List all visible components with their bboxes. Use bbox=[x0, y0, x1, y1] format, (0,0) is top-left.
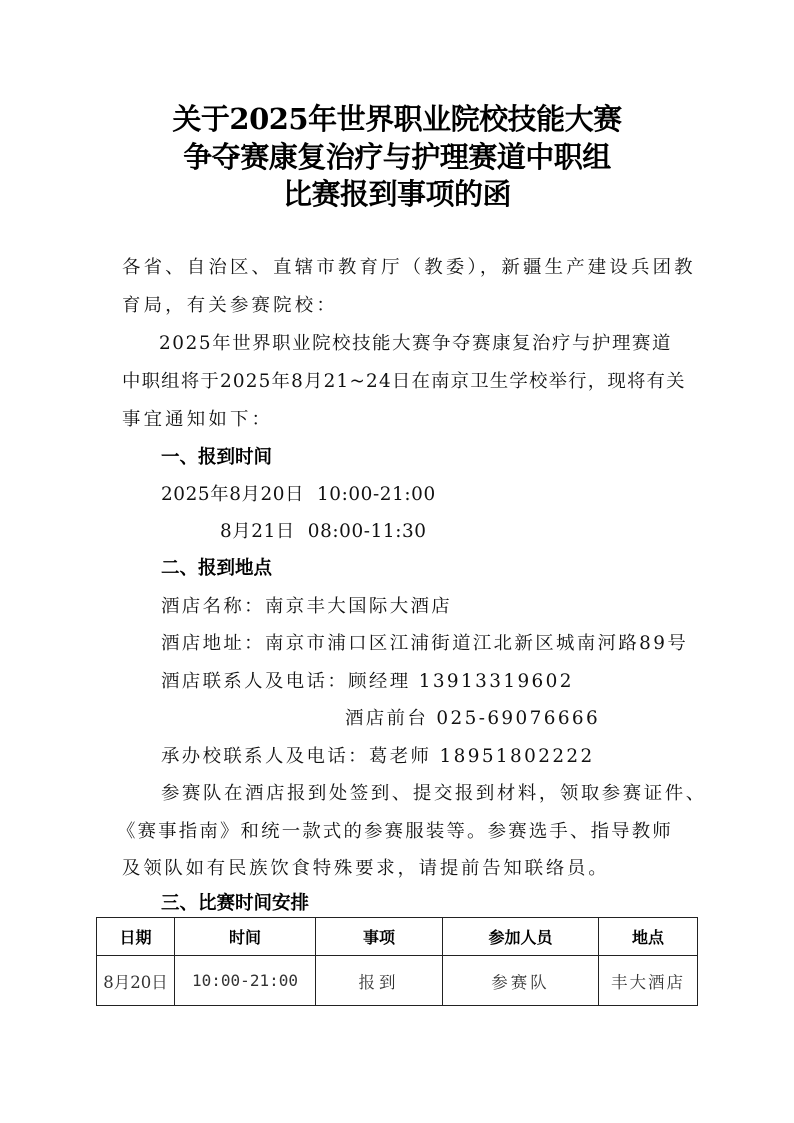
report-time-day-2: 8月21日 08:00-11:30 bbox=[220, 520, 427, 544]
hotel-address: 酒店地址：南京市浦口区江浦街道江北新区城南河路89号 bbox=[161, 632, 688, 656]
section-3-heading: 三、比赛时间安排 bbox=[161, 892, 309, 916]
cell-time: 10:00-21:00 bbox=[175, 956, 316, 1006]
cell-date: 8月20日 bbox=[97, 956, 175, 1006]
header-item: 事项 bbox=[316, 918, 443, 956]
salutation-line-1: 各省、自治区、直辖市教育厅（教委），新疆生产建设兵团教 bbox=[122, 256, 696, 280]
intro-line-2: 中职组将于2025年8月21~24日在南京卫生学校举行，现将有关 bbox=[122, 370, 686, 394]
notice-line-1: 参赛队在酒店报到处签到、提交报到材料，领取参赛证件、 bbox=[161, 782, 707, 806]
header-date: 日期 bbox=[97, 918, 175, 956]
header-location: 地点 bbox=[599, 918, 698, 956]
hotel-front-desk: 酒店前台 025-69076666 bbox=[345, 707, 600, 731]
schedule-table: 日期 时间 事项 参加人员 地点 8月20日 10:00-21:00 报到 参赛… bbox=[96, 917, 698, 1006]
notice-line-2: 《赛事指南》和统一款式的参赛服装等。参赛选手、指导教师 bbox=[117, 820, 673, 844]
school-contact: 承办校联系人及电话：葛老师 18951802222 bbox=[161, 745, 595, 769]
report-time-day-1: 2025年8月20日 10:00-21:00 bbox=[161, 483, 436, 507]
section-1-heading: 一、报到时间 bbox=[161, 446, 272, 470]
document-title-line-1: 关于2025年世界职业院校技能大赛 bbox=[0, 100, 794, 138]
header-participants: 参加人员 bbox=[443, 918, 599, 956]
notice-line-3: 及领队如有民族饮食特殊要求，请提前告知联络员。 bbox=[122, 857, 609, 881]
intro-line-1: 2025年世界职业院校技能大赛争夺赛康复治疗与护理赛道 bbox=[159, 332, 672, 356]
document-title-line-2: 争夺赛康复治疗与护理赛道中职组 bbox=[0, 138, 794, 176]
section-2-heading: 二、报到地点 bbox=[161, 557, 272, 581]
salutation-line-2: 育局，有关参赛院校： bbox=[122, 294, 338, 318]
hotel-contact: 酒店联系人及电话：顾经理 13913319602 bbox=[161, 670, 574, 694]
schedule-table-header-row: 日期 时间 事项 参加人员 地点 bbox=[97, 918, 698, 956]
document-title-line-3: 比赛报到事项的函 bbox=[0, 175, 794, 213]
table-row: 8月20日 10:00-21:00 报到 参赛队 丰大酒店 bbox=[97, 956, 698, 1006]
cell-location: 丰大酒店 bbox=[599, 956, 698, 1006]
intro-line-3: 事宜通知如下： bbox=[122, 408, 273, 432]
cell-item: 报到 bbox=[316, 956, 443, 1006]
hotel-name: 酒店名称：南京丰大国际大酒店 bbox=[161, 595, 452, 619]
header-time: 时间 bbox=[175, 918, 316, 956]
cell-participants: 参赛队 bbox=[443, 956, 599, 1006]
